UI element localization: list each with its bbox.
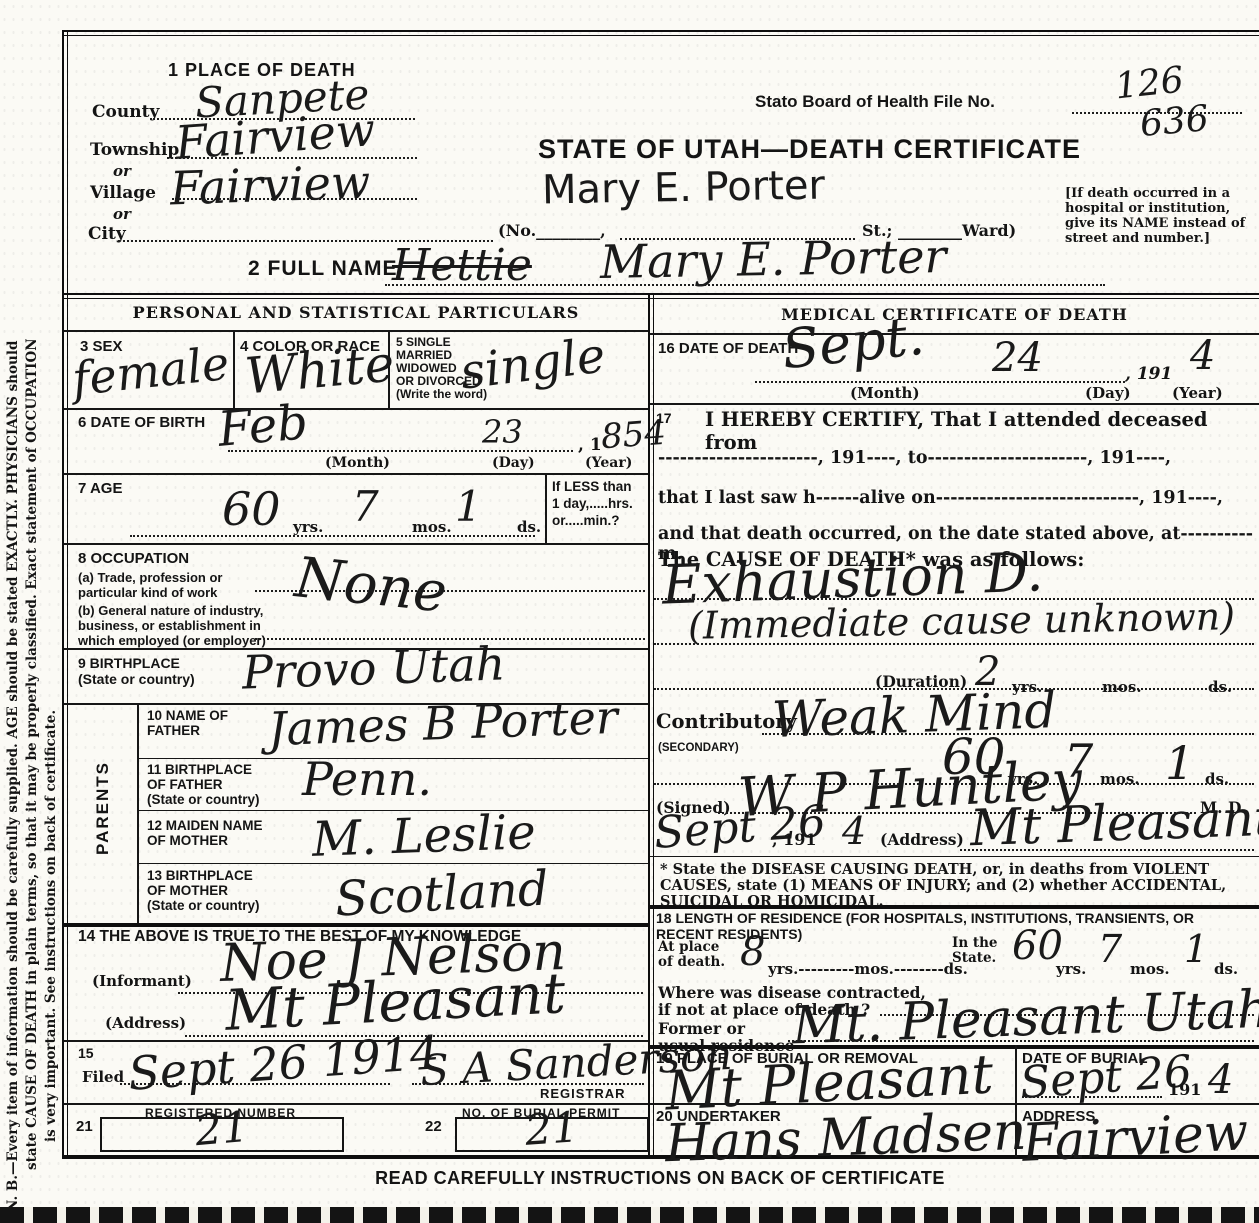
item22-label: 22 xyxy=(425,1118,442,1135)
footnote-top-rule xyxy=(650,856,1259,857)
physician-address-value: Mt Pleasant xyxy=(969,793,1259,854)
age-mos-label: mos. xyxy=(412,518,452,536)
burial-permit-value: 21 xyxy=(524,1106,580,1152)
village-label: Village xyxy=(90,183,156,203)
certify-line2: ----------------------, 191----, to-----… xyxy=(658,448,1171,468)
full-name-line xyxy=(385,284,1105,286)
age-years-value: 60 xyxy=(222,486,281,532)
registered-number-value: 21 xyxy=(193,1106,250,1152)
dob-month-value: Feb xyxy=(216,398,310,454)
birthplace-label: 9 BIRTHPLACE (State or country) xyxy=(78,655,195,687)
state-ds-label: ds. xyxy=(1214,960,1238,978)
burial-date-line xyxy=(1022,1096,1162,1098)
cause-duration-ds-label: ds. xyxy=(1208,678,1232,696)
dod-month-caption: (Month) xyxy=(850,384,920,402)
full-name-struck: Hettie xyxy=(392,244,532,288)
dod-year-caption: (Year) xyxy=(1172,384,1223,402)
birthplace-value: Provo Utah xyxy=(241,640,506,695)
parents-label: PARENTS xyxy=(93,765,113,855)
secondary-label: (SECONDARY) xyxy=(658,742,739,754)
burial-year-value: 4 xyxy=(1208,1060,1233,1100)
row-sex-bottom-rule xyxy=(64,408,648,410)
dob-year-caption: (Year) xyxy=(585,455,632,471)
parents-divider xyxy=(137,703,139,923)
burial-year-printed: 191 xyxy=(1168,1080,1201,1099)
item15-label: 15 xyxy=(78,1045,94,1061)
margin-note-line2: state CAUSE OF DEATH in plain terms, so … xyxy=(23,12,42,1170)
township-label: Township xyxy=(90,140,179,160)
footer-instructions: READ CAREFULLY INSTRUCTIONS ON BACK OF C… xyxy=(330,1168,990,1189)
item21-label: 21 xyxy=(76,1118,93,1135)
age-days-value: 1 xyxy=(455,486,482,528)
dob-day-caption: (Day) xyxy=(492,455,535,471)
registrar-label: REGISTRAR xyxy=(540,1086,626,1101)
sex-race-divider xyxy=(233,330,235,408)
filed-line xyxy=(120,1083,390,1085)
dob-day-value: 23 xyxy=(482,416,523,448)
mother-name-value: M. Leslie xyxy=(311,808,536,864)
village-value: Fairview xyxy=(169,159,371,212)
dob-label: 6 DATE OF BIRTH xyxy=(78,414,205,431)
file-no-label: Stato Board of Health File No. xyxy=(755,92,995,112)
dod-day-value: 24 xyxy=(992,338,1043,378)
dob-year-printed: , 1 xyxy=(578,435,602,455)
row-dod-bottom-rule xyxy=(650,403,1259,405)
signed-year-printed: , 191 xyxy=(772,830,817,849)
dod-line xyxy=(755,381,1125,383)
registrar-line xyxy=(412,1083,644,1085)
no-label: (No.________, xyxy=(498,221,606,240)
row-dob-bottom-rule xyxy=(64,473,648,475)
dod-day-caption: (Day) xyxy=(1085,384,1131,402)
row-age-bottom-rule xyxy=(64,543,648,545)
contributory-line xyxy=(762,733,1254,735)
age-yrs-label: yrs. xyxy=(293,518,323,536)
at-place-years-value: 8 xyxy=(740,932,765,972)
filed-label: Filed xyxy=(82,1068,124,1086)
margin-note: N. B.—Every item of information should b… xyxy=(4,12,61,1212)
physician-address-line xyxy=(960,849,1254,851)
frame-top-rule xyxy=(62,30,1259,36)
or-label-1: or xyxy=(113,162,131,180)
state-yrs-label: yrs. xyxy=(1056,960,1086,978)
dod-label: 16 DATE OF DEATH xyxy=(658,340,798,357)
or-label-2: or xyxy=(113,205,131,223)
item17-label: 17 xyxy=(656,410,672,426)
occupation-a-line xyxy=(255,590,645,592)
state-months-value: 7 xyxy=(1098,930,1122,968)
hospital-note: [If death occurred in a hospital or inst… xyxy=(1065,186,1253,246)
at-place-label: At place of death. xyxy=(658,940,725,970)
mother-birthplace-value: Scotland xyxy=(334,864,550,923)
header-bottom-rule xyxy=(62,293,1259,299)
certify-line3: that I last saw h------alive on---------… xyxy=(658,488,1223,508)
race-value: White xyxy=(243,339,396,402)
file-no-value-top: 126 xyxy=(1113,63,1185,106)
father-name-value: James B Porter xyxy=(267,694,618,752)
occupation-a-label: (a) Trade, profession or particular kind… xyxy=(78,570,222,600)
age-note-divider xyxy=(545,475,547,543)
cause-duration-mos-label: mos. xyxy=(1102,678,1142,696)
occupation-label: 8 OCCUPATION xyxy=(78,550,189,567)
father-name-label: 10 NAME OF FATHER xyxy=(147,708,228,738)
father-birthplace-value: Penn. xyxy=(302,756,432,802)
at-place-units: yrs.---------mos.--------ds. xyxy=(768,960,968,978)
margin-note-line3: is very important. See instructions on b… xyxy=(42,12,61,1142)
former-residence-value: Mt. Pleasant Utah xyxy=(791,984,1259,1053)
dob-line xyxy=(228,450,573,452)
state-days-value: 1 xyxy=(1184,930,1208,968)
sex-value: female xyxy=(70,340,231,402)
signed-year-value: 4 xyxy=(842,812,866,850)
in-state-label: In the State. xyxy=(952,936,997,966)
physician-address-label: (Address) xyxy=(880,830,964,849)
margin-note-line1: N. B.—Every item of information should b… xyxy=(4,12,23,1212)
undertaker-address-value: Fairview xyxy=(1021,1106,1250,1170)
father-birthplace-label: 11 BIRTHPLACE OF FATHER (State or countr… xyxy=(147,762,260,807)
frame-left-rule xyxy=(62,30,68,1157)
village-line xyxy=(172,198,417,200)
medical-section-title: MEDICAL CERTIFICATE OF DEATH xyxy=(650,305,1259,324)
informant-address-label: (Address) xyxy=(105,1014,186,1032)
cause-secondary-note: (Immediate cause unknown) xyxy=(688,597,1236,645)
dod-year-value: 4 xyxy=(1190,336,1215,376)
contributory-value: Weak Mind xyxy=(771,685,1057,745)
dob-month-caption: (Month) xyxy=(325,455,390,471)
full-name-value: Mary E. Porter xyxy=(600,233,947,285)
contributory-days-value: 1 xyxy=(1165,740,1194,786)
mother-birthplace-label: 13 BIRTHPLACE OF MOTHER (State or countr… xyxy=(147,868,260,913)
undertaker-value: Hans Madsen xyxy=(664,1106,1027,1171)
age-line xyxy=(130,535,535,537)
dod-month-value: Sept. xyxy=(780,309,927,378)
personal-section-title: PERSONAL AND STATISTICAL PARTICULARS xyxy=(64,303,648,322)
contributory-mos-label: mos. xyxy=(1100,770,1140,788)
age-label: 7 AGE xyxy=(78,480,122,497)
cause-line2 xyxy=(654,643,1254,645)
informant-label: (Informant) xyxy=(92,972,192,990)
former-residence-line xyxy=(788,1040,1254,1042)
former-residence-label: Former or usual residence xyxy=(658,1020,795,1054)
cause-footnote: * State the DISEASE CAUSING DEATH, or, i… xyxy=(660,862,1250,910)
age-months-value: 7 xyxy=(352,486,379,528)
full-name-label: 2 FULL NAME xyxy=(248,257,397,281)
occupation-b-label: (b) General nature of industry, business… xyxy=(78,603,266,648)
age-note: If LESS than 1 day,.....hrs. or.....min.… xyxy=(552,478,633,529)
mother-name-label: 12 MAIDEN NAME OF MOTHER xyxy=(147,818,263,848)
certificate-title: STATE OF UTAH—DEATH CERTIFICATE xyxy=(538,134,1081,165)
state-mos-label: mos. xyxy=(1130,960,1170,978)
medical-title-rule xyxy=(650,333,1259,335)
dod-year-printed: , 191 xyxy=(1125,364,1172,384)
occupation-value: None xyxy=(292,550,449,622)
age-ds-label: ds. xyxy=(517,518,541,536)
scan-artifact-band xyxy=(0,1207,1259,1223)
deceased-name-annotation: Mary E. Porter xyxy=(542,166,826,211)
file-no-value-bottom: 636 xyxy=(1139,101,1211,143)
contributory-ds-label: ds. xyxy=(1205,770,1229,788)
